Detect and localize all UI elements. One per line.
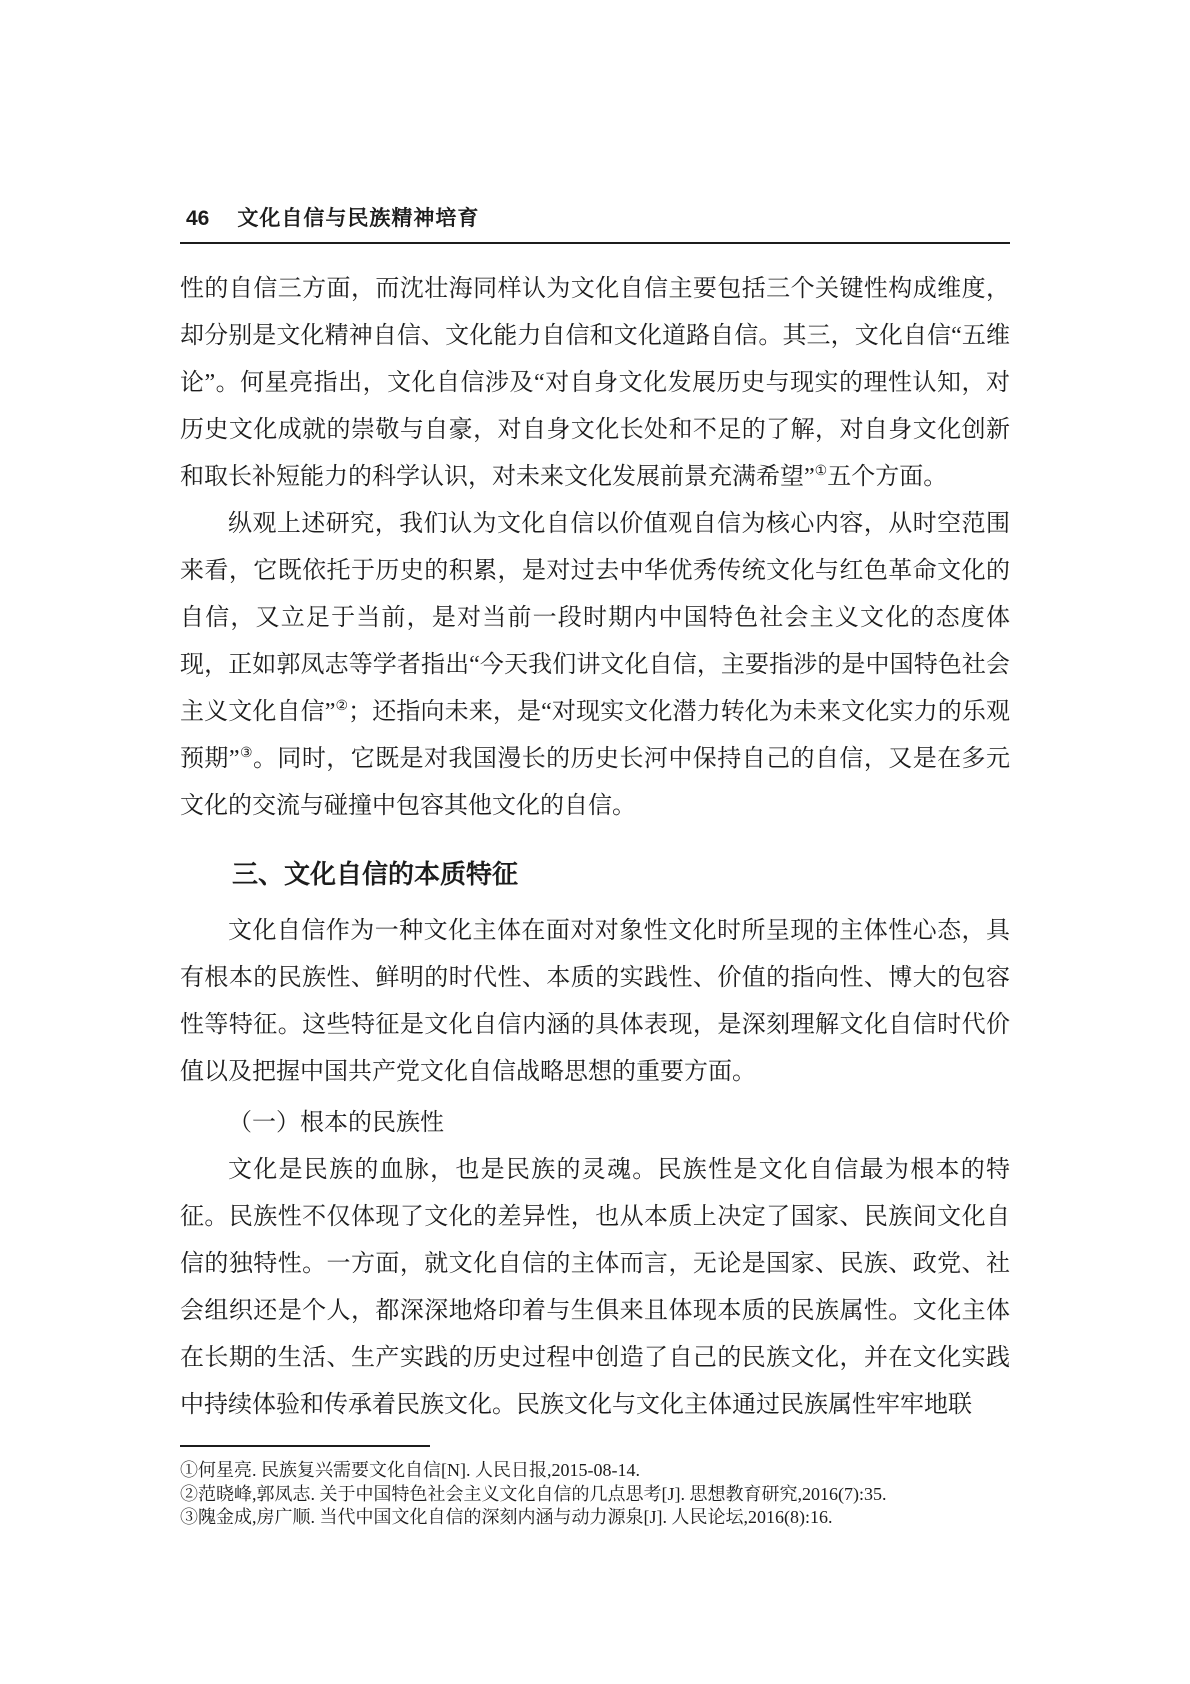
footnote-ref: ① xyxy=(815,464,828,479)
subsection-heading: （一）根本的民族性 xyxy=(180,1100,1010,1147)
footnote-separator xyxy=(180,1445,430,1447)
footnote-ref: ② xyxy=(335,699,348,714)
page-header: 46 文化自信与民族精神培育 xyxy=(180,202,1010,232)
running-title: 文化自信与民族精神培育 xyxy=(237,202,479,232)
header-rule xyxy=(180,242,1010,244)
footnote: ②范晓峰,郭凤志. 关于中国特色社会主义文化自信的几点思考[J]. 思想教育研究… xyxy=(180,1483,1010,1507)
page-number: 46 xyxy=(186,207,209,231)
book-page: 46 文化自信与民族精神培育 性的自信三方面，而沈壮海同样认为文化自信主要包括三… xyxy=(0,0,1190,1684)
content-column: 46 文化自信与民族精神培育 性的自信三方面，而沈壮海同样认为文化自信主要包括三… xyxy=(180,0,1010,1530)
footnotes: ①何星亮. 民族复兴需要文化自信[N]. 人民日报,2015-08-14.②范晓… xyxy=(180,1459,1010,1530)
body-text: 性的自信三方面，而沈壮海同样认为文化自信主要包括三个关键性构成维度，却分别是文化… xyxy=(180,266,1010,1429)
paragraph: 文化是民族的血脉，也是民族的灵魂。民族性是文化自信最为根本的特征。民族性不仅体现… xyxy=(180,1147,1010,1429)
paragraph: 文化自信作为一种文化主体在面对对象性文化时所呈现的主体性心态，具有根本的民族性、… xyxy=(180,908,1010,1096)
footnote: ①何星亮. 民族复兴需要文化自信[N]. 人民日报,2015-08-14. xyxy=(180,1459,1010,1483)
footnote: ③隗金成,房广顺. 当代中国文化自信的深刻内涵与动力源泉[J]. 人民论坛,20… xyxy=(180,1506,1010,1530)
paragraph: 性的自信三方面，而沈壮海同样认为文化自信主要包括三个关键性构成维度，却分别是文化… xyxy=(180,266,1010,501)
footnote-ref: ③ xyxy=(240,746,253,761)
section-heading: 三、文化自信的本质特征 xyxy=(180,851,1010,898)
paragraph: 纵观上述研究，我们认为文化自信以价值观自信为核心内容，从时空范围来看，它既依托于… xyxy=(180,501,1010,830)
